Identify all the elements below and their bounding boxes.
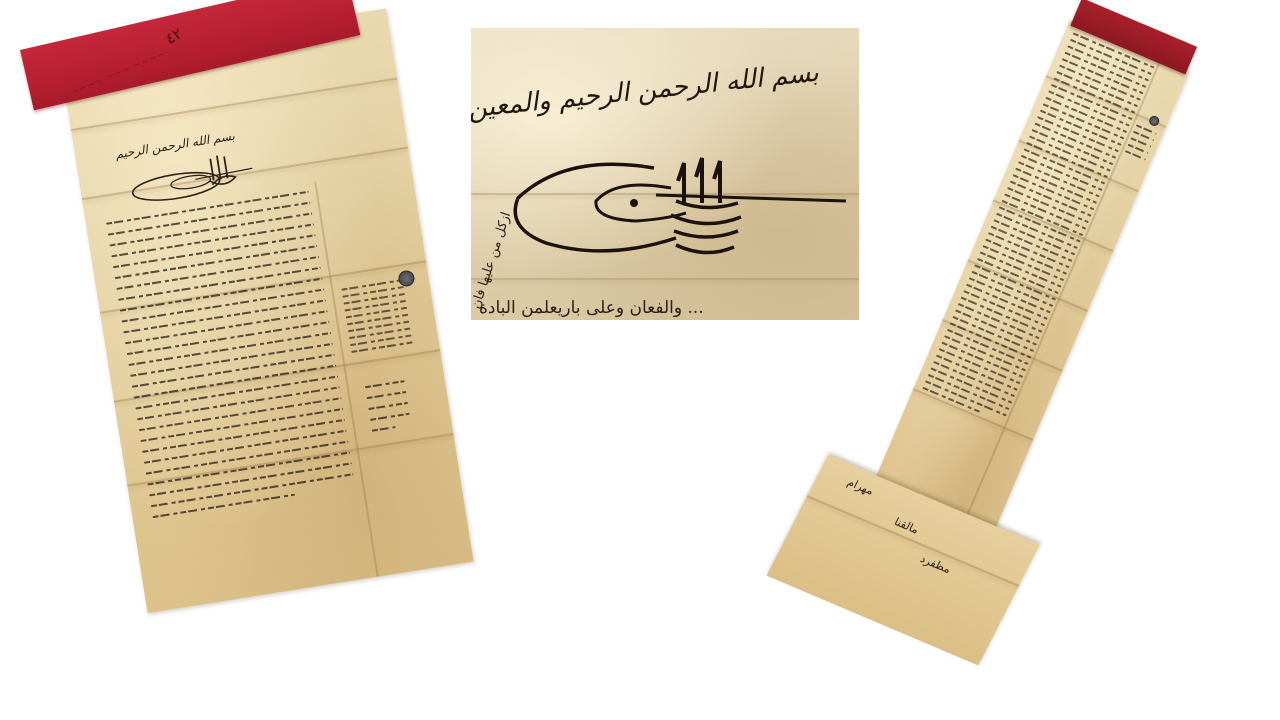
right-side-annotation bbox=[1123, 124, 1157, 165]
center-basmala: بسم الله الرحمن الرحيم والمعين bbox=[471, 58, 820, 125]
seal-icon bbox=[1148, 114, 1161, 127]
red-band-numeral: ٤٢ bbox=[162, 24, 185, 48]
left-side-annotation bbox=[341, 279, 413, 358]
left-body-text bbox=[106, 191, 357, 527]
footer-line-1: مهرام bbox=[845, 476, 876, 498]
right-firman-photo: Long unfolded firman scroll with red hea… bbox=[770, 0, 1220, 650]
left-firman-photo: Folded firman with red header band بسم ا… bbox=[20, 0, 440, 630]
right-body-text bbox=[920, 32, 1154, 427]
left-side-signature bbox=[365, 380, 413, 441]
left-firman-sheet: بسم الله الرحمن الرحيم bbox=[60, 8, 474, 613]
